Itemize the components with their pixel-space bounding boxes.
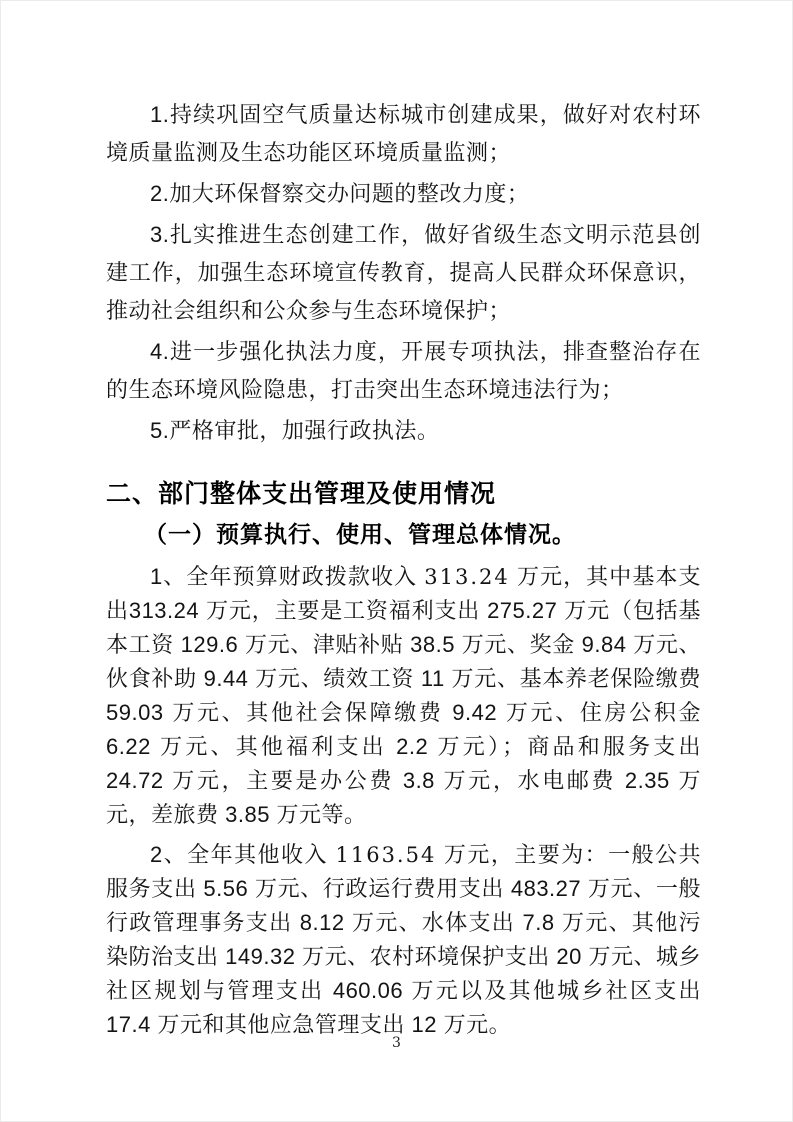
section-heading: 二、部门整体支出管理及使用情况: [106, 474, 701, 514]
text-run: （一）预算执行、使用、管理总体情况。: [144, 521, 576, 547]
text-run: 5.严格审批，加强行政执法。: [150, 418, 439, 443]
serif-number: 1163.54: [335, 843, 436, 867]
work-item-2: 2.加大环保督察交办问题的整改力度；: [106, 175, 701, 213]
text-run: 二、部门整体支出管理及使用情况: [106, 480, 496, 508]
budget-paragraph-2: 2、全年其他收入 1163.54 万元，主要为：一般公共服务支出 5.56 万元…: [106, 838, 701, 1042]
work-item-4: 4.进一步强化执法力度，开展专项执法，排查整治存在的生态环境风险隐患，打击突出生…: [106, 333, 701, 409]
serif-number: 313.24: [424, 565, 509, 589]
text-run: 2、全年其他收入: [150, 842, 335, 867]
text-run: 4.进一步强化执法力度，开展专项执法，排查整治存在的生态环境风险隐患，打击突出生…: [106, 339, 701, 402]
page-number: 3: [1, 1035, 792, 1051]
text-run: 1、全年预算财政拨款收入: [150, 564, 424, 589]
work-item-1: 1.持续巩固空气质量达标城市创建成果，做好对农村环境质量监测及生态功能区环境质量…: [106, 96, 701, 172]
work-item-5: 5.严格审批，加强行政执法。: [106, 412, 701, 450]
text-run: 万元，主要为：一般公共服务支出 5.56 万元、行政运行费用支出 483.27 …: [106, 842, 701, 1037]
document-page: 1.持续巩固空气质量达标城市创建成果，做好对农村环境质量监测及生态功能区环境质量…: [0, 0, 793, 1122]
text-run: 3.扎实推进生态创建工作，做好省级生态文明示范县创建工作，加强生态环境宣传教育，…: [106, 222, 701, 323]
work-item-3: 3.扎实推进生态创建工作，做好省级生态文明示范县创建工作，加强生态环境宣传教育，…: [106, 216, 701, 330]
subsection-heading: （一）预算执行、使用、管理总体情况。: [106, 514, 701, 554]
budget-paragraph-1: 1、全年预算财政拨款收入 313.24 万元，其中基本支出313.24 万元，主…: [106, 560, 701, 832]
text-run: 1.持续巩固空气质量达标城市创建成果，做好对农村环境质量监测及生态功能区环境质量…: [106, 102, 701, 165]
text-run: 万元，其中基本支出313.24 万元，主要是工资福利支出 275.27 万元（包…: [106, 564, 701, 827]
document-body: 1.持续巩固空气质量达标城市创建成果，做好对农村环境质量监测及生态功能区环境质量…: [106, 96, 701, 1042]
text-run: 2.加大环保督察交办问题的整改力度；: [150, 181, 529, 206]
